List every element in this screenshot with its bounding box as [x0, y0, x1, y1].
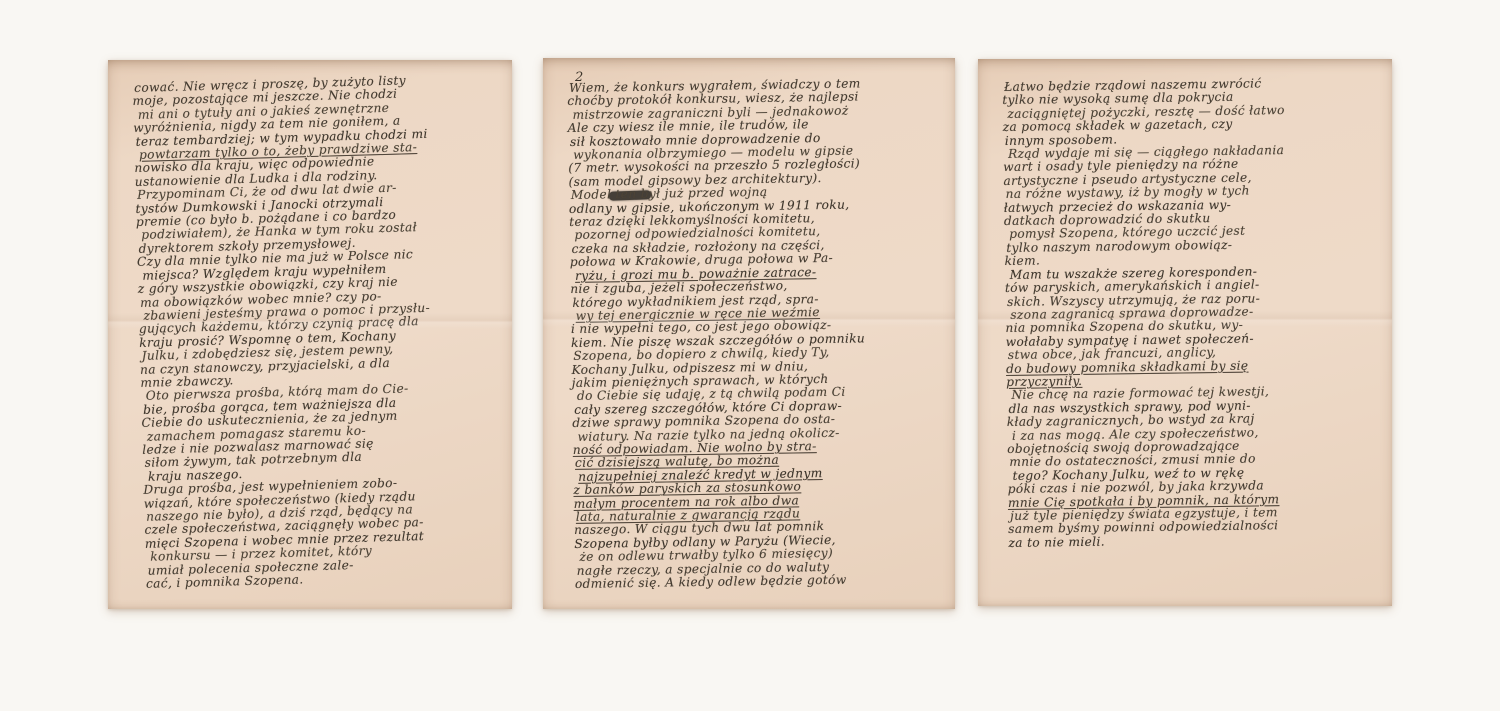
letter-page-2: 2 Wiem, że konkurs wygrałem, świadczy o …	[543, 58, 955, 609]
handwriting-block: Wiem, że konkurs wygrałem, świadczy o te…	[567, 76, 953, 603]
handwriting-block: Łatwo będzie rządowi naszemu zwrócićtylk…	[1002, 76, 1389, 600]
letter-page-1: cować. Nie wręcz i proszę, by zużyto lis…	[108, 60, 512, 609]
handwritten-line: za to nie mieli.	[1008, 531, 1388, 550]
letter-page-3: Łatwo będzie rządowi naszemu zwrócićtylk…	[978, 59, 1392, 606]
letter-scan-background: cować. Nie wręcz i proszę, by zużyto lis…	[0, 0, 1500, 711]
handwriting-block: cować. Nie wręcz i proszę, by zużyto lis…	[132, 72, 512, 603]
